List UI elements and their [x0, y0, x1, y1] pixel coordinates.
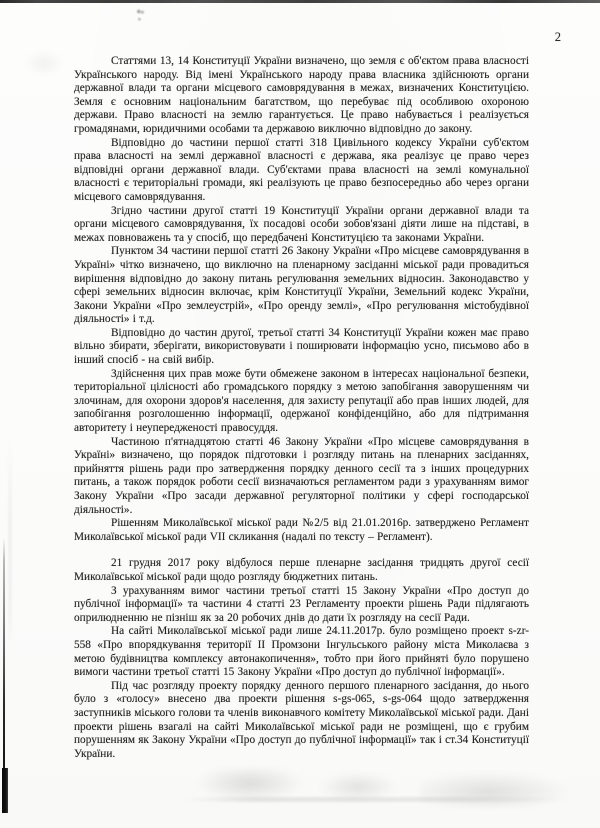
pencil-smudge [134, 8, 146, 22]
paragraph: Здійснення цих прав може бути обмежене з… [74, 368, 529, 436]
paragraph: Під час розгляду проекту порядку денного… [74, 680, 529, 762]
photocopy-smudge [318, 772, 398, 802]
page-number: 2 [555, 30, 561, 45]
photocopy-smudge [8, 440, 12, 650]
paragraph: Згідно частини другої статті 19 Конститу… [74, 205, 529, 246]
paragraph: Частиною п'ятнадцятою статті 46 Закону У… [74, 436, 529, 518]
photocopy-smudge [195, 768, 305, 802]
scan-top-edge-artifact [0, 0, 600, 3]
paragraph: 21 грудня 2017 року відбулося перше плен… [74, 557, 529, 584]
paragraph: Статтями 13, 14 Конституції України визн… [74, 55, 529, 137]
paragraph: Рішенням Миколаївської міської ради №2/5… [74, 517, 529, 544]
scan-left-edge-line-artifact [3, 538, 5, 772]
paragraph: Пунктом 34 частини першої статті 26 Зако… [74, 245, 529, 327]
document-body: Статтями 13, 14 Конституції України визн… [74, 55, 529, 761]
photocopy-smudge [24, 50, 64, 76]
paragraph: Відповідно до частини першої статті 318 … [74, 137, 529, 205]
scanned-document-page: 2 Статтями 13, 14 Конституції України ви… [0, 0, 600, 828]
photocopy-smudge [420, 772, 570, 808]
paragraph: Відповідно до частин другої, третьої ста… [74, 327, 529, 368]
scan-left-edge-bar-artifact [2, 768, 8, 813]
paragraph: На сайті Миколаївської міської ради лише… [74, 625, 529, 679]
photocopy-smudge [180, 797, 570, 802]
paragraph: З урахуванням вимог частини третьої стат… [74, 585, 529, 626]
